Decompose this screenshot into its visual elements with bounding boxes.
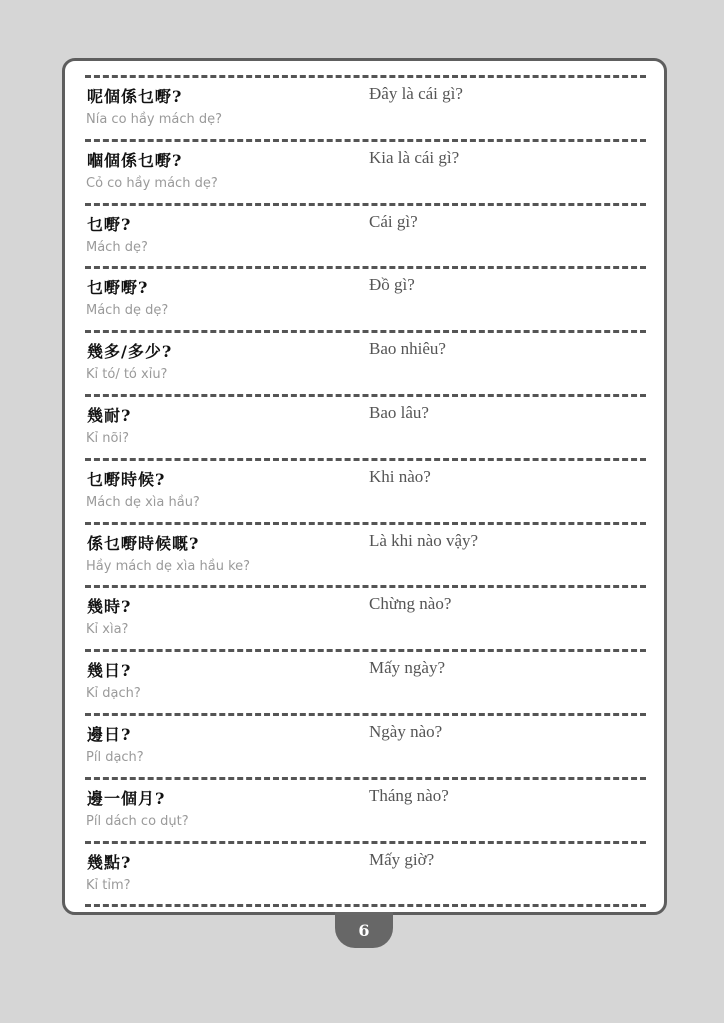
pronunciation: Hầy mách dẹ xìa hầu ke? (86, 559, 250, 574)
vietnamese-translation: Bao nhiêu? (369, 339, 446, 359)
chinese-phrase: 乜嘢? (87, 212, 131, 235)
chinese-phrase: 嗰個係乜嘢? (87, 148, 182, 171)
pronunciation: Kỉ tỉm? (86, 878, 131, 893)
phrase-row: 呢個係乜嘢? Đây là cái gì? Nía co hầy mách dẹ… (85, 78, 646, 139)
phrase-card: 呢個係乜嘢? Đây là cái gì? Nía co hầy mách dẹ… (62, 58, 667, 915)
vietnamese-translation: Cái gì? (369, 212, 418, 232)
vietnamese-translation: Bao lâu? (369, 403, 429, 423)
page-number-tab: 6 (335, 912, 393, 948)
chinese-phrase: 呢個係乜嘢? (87, 84, 182, 107)
pronunciation: Kỉ dạch? (86, 686, 141, 701)
phrase-row: 係乜嘢時候嘅? Là khi nào vậy? Hầy mách dẹ xìa … (85, 525, 646, 586)
phrase-list: 呢個係乜嘢? Đây là cái gì? Nía co hầy mách dẹ… (85, 75, 646, 907)
chinese-phrase: 係乜嘢時候嘅? (87, 531, 199, 554)
vietnamese-translation: Ngày nào? (369, 722, 442, 742)
vietnamese-translation: Mấy giờ? (369, 850, 434, 870)
phrase-row: 幾點? Mấy giờ? Kỉ tỉm? (85, 844, 646, 905)
pronunciation: Mách dẹ? (86, 240, 148, 255)
vietnamese-translation: Mấy ngày? (369, 658, 445, 678)
vietnamese-translation: Kia là cái gì? (369, 148, 459, 168)
pronunciation: Mách dẹ xìa hầu? (86, 495, 200, 510)
pronunciation: Mách dẹ dẹ? (86, 303, 168, 318)
phrase-row: 乜嘢時候? Khi nào? Mách dẹ xìa hầu? (85, 461, 646, 522)
page-number: 6 (358, 921, 369, 940)
vietnamese-translation: Là khi nào vậy? (369, 531, 478, 551)
chinese-phrase: 幾點? (87, 850, 131, 873)
phrase-row: 幾時? Chừng nào? Kỉ xìa? (85, 588, 646, 649)
vietnamese-translation: Đây là cái gì? (369, 84, 463, 104)
chinese-phrase: 乜嘢嘢? (87, 275, 148, 298)
pronunciation: Cỏ co hầy mách dẹ? (86, 176, 218, 191)
chinese-phrase: 幾耐? (87, 403, 131, 426)
pronunciation: Kỉ xìa? (86, 622, 128, 637)
pronunciation: Píl dách co dụt? (86, 814, 189, 829)
phrase-row: 乜嘢嘢? Đồ gì? Mách dẹ dẹ? (85, 269, 646, 330)
vietnamese-translation: Chừng nào? (369, 594, 451, 614)
dashed-divider (85, 904, 646, 907)
pronunciation: Nía co hầy mách dẹ? (86, 112, 222, 127)
phrase-row: 邊日? Ngày nào? Píl dạch? (85, 716, 646, 777)
phrase-row: 乜嘢? Cái gì? Mách dẹ? (85, 206, 646, 267)
pronunciation: Píl dạch? (86, 750, 144, 765)
phrase-row: 幾耐? Bao lâu? Kỉ nõi? (85, 397, 646, 458)
vietnamese-translation: Đồ gì? (369, 275, 415, 295)
pronunciation: Kỉ nõi? (86, 431, 129, 446)
chinese-phrase: 乜嘢時候? (87, 467, 165, 490)
phrase-row: 邊一個月? Tháng nào? Píl dách co dụt? (85, 780, 646, 841)
chinese-phrase: 邊日? (87, 722, 131, 745)
chinese-phrase: 幾時? (87, 594, 131, 617)
chinese-phrase: 幾日? (87, 658, 131, 681)
vietnamese-translation: Tháng nào? (369, 786, 449, 806)
phrase-row: 嗰個係乜嘢? Kia là cái gì? Cỏ co hầy mách dẹ? (85, 142, 646, 203)
phrase-row: 幾日? Mấy ngày? Kỉ dạch? (85, 652, 646, 713)
pronunciation: Kỉ tó/ tó xỉu? (86, 367, 167, 382)
chinese-phrase: 邊一個月? (87, 786, 165, 809)
vietnamese-translation: Khi nào? (369, 467, 431, 487)
chinese-phrase: 幾多/多少? (87, 339, 172, 362)
phrase-row: 幾多/多少? Bao nhiêu? Kỉ tó/ tó xỉu? (85, 333, 646, 394)
